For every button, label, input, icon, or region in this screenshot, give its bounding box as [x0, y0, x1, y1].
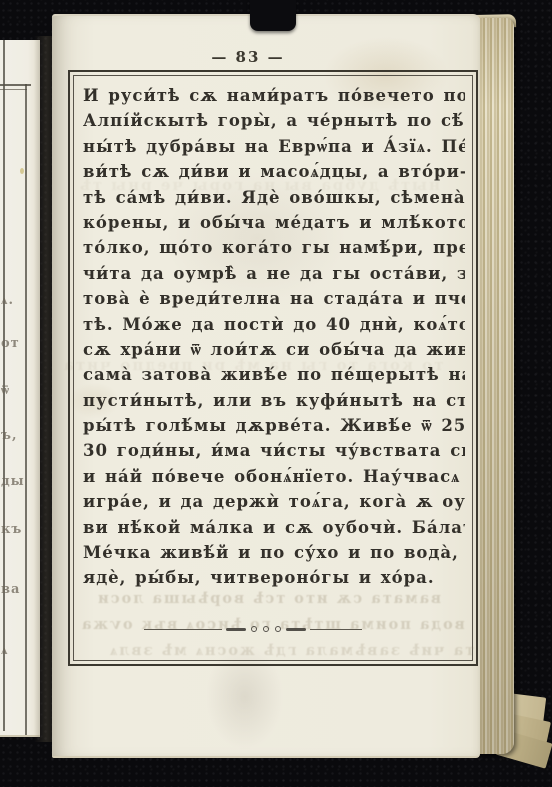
facing-page-text-fragment: ъ,	[1, 428, 18, 443]
body-text-line: тѣ са́мѣ ди́ви. Ядѐ ово́шкы, сѣмена̀ и	[83, 185, 465, 210]
body-text-line: и на́й по́вече обонѧ́нїето. Нау́чвасѧ да	[83, 464, 465, 489]
divider-taper-left	[226, 628, 246, 631]
book-photograph: ѧ. от ѿ ъ, ды къ ва ѧ — 83 — то кога то …	[0, 0, 552, 787]
body-text-line: ви́тѣ сѫ ди́ви и масоѧ́дцы, а вто́ри-	[83, 159, 465, 184]
body-text-line: чи́та да оумрѣ̀ а не да гы оста́ви, за	[83, 261, 465, 286]
body-text-line: игра́е, и да держѝ тоѧ́га, кога̀ ѫ оуло-	[83, 489, 465, 514]
facing-page-text-fragment: ѧ	[1, 642, 9, 658]
body-text-line: ны́тѣ дубра́вы на Еврѡ́па и А́зїѧ. Пе́р-	[83, 134, 465, 159]
body-text-line: ядѐ, ры́бы, читвероно́гы и хо́ра.	[83, 565, 465, 590]
bleed-through-line: та чиѣ завѣмала гдѣ жоснѧ мѣ звлѧ	[108, 642, 474, 660]
divider-taper-right	[286, 628, 306, 631]
bleed-through-line: вамата сѫ ито тсѣ ворѣыша лоси	[96, 590, 441, 607]
body-text-line: сама̀ затова̀ живѣ́е по пе́щерытѣ на	[83, 362, 465, 387]
body-text-line: сѫ хра́ни ѿ лои́тѫ си обы́ча да живѣ́е	[83, 337, 465, 362]
book-page: — 83 — то кога то гы на мѣ ри предпо чит…	[52, 14, 480, 758]
facing-page-text-fragment: ѧ.	[1, 292, 14, 308]
body-text-line: Ме́чка живѣ́й и по су́хо и по вода̀, и	[83, 540, 465, 565]
paper-speck	[20, 168, 24, 174]
body-text-line: ры́тѣ голѣ́мы дѫрве́та. Живѣ́е ѿ 25 до	[83, 413, 465, 438]
facing-page-text-fragment: къ	[1, 522, 22, 537]
body-text-line: това̀ ѐ вреди́телна на стада́та и пчелы́…	[83, 286, 465, 311]
divider-rule-left	[144, 629, 222, 630]
book-clamp-shadow	[250, 0, 296, 31]
body-text-line: то́лко, що́то кога́то гы намѣ́ри, предпо…	[83, 235, 465, 260]
body-text-line: ко́рены, и обы́ча ме́датъ и млѣ́кото	[83, 210, 465, 235]
body-text-line: ви нѣ́кой ма́лка и сѫ оубочѝ. Ба́лата	[83, 515, 465, 540]
divider-circle-icon	[263, 626, 269, 632]
facing-page-text-fragment: ва	[1, 582, 20, 597]
body-text-line: 30 годи́ны, и́ма чи́сты чу́вствата си,	[83, 438, 465, 463]
text-frame-inner-rule: И руси́тѣ сѫ нами́ратъ по́вечето по Алпі…	[73, 75, 473, 661]
body-text-line: Алпі́йскытѣ горы̀, а че́рнытѣ по сѣ́вер-	[83, 108, 465, 133]
divider-rule-right	[310, 629, 362, 630]
body-text: И руси́тѣ сѫ нами́ратъ по́вечето по Алпі…	[83, 83, 465, 591]
facing-page-text-fragment: от	[1, 336, 20, 351]
text-frame-outer-rule: И руси́тѣ сѫ нами́ратъ по́вечето по Алпі…	[68, 70, 478, 666]
divider-circle-icon	[251, 626, 257, 632]
facing-page-frame-rule	[25, 84, 27, 735]
body-text-line: пусти́нытѣ, или въ куфи́нытѣ на ста́-	[83, 388, 465, 413]
body-text-line: И руси́тѣ сѫ нами́ратъ по́вечето по	[83, 83, 465, 108]
body-text-line: тѣ. Мо́же да постѝ до 40 днѝ, коѧ́то	[83, 312, 465, 337]
facing-page-text-fragment: ды	[1, 474, 25, 489]
page-number: — 83 —	[52, 48, 444, 66]
facing-page-text-fragment: ѿ	[1, 382, 10, 398]
page-edge-stack	[478, 18, 514, 754]
section-divider-ornament	[114, 626, 392, 632]
divider-circle-icon	[275, 626, 281, 632]
